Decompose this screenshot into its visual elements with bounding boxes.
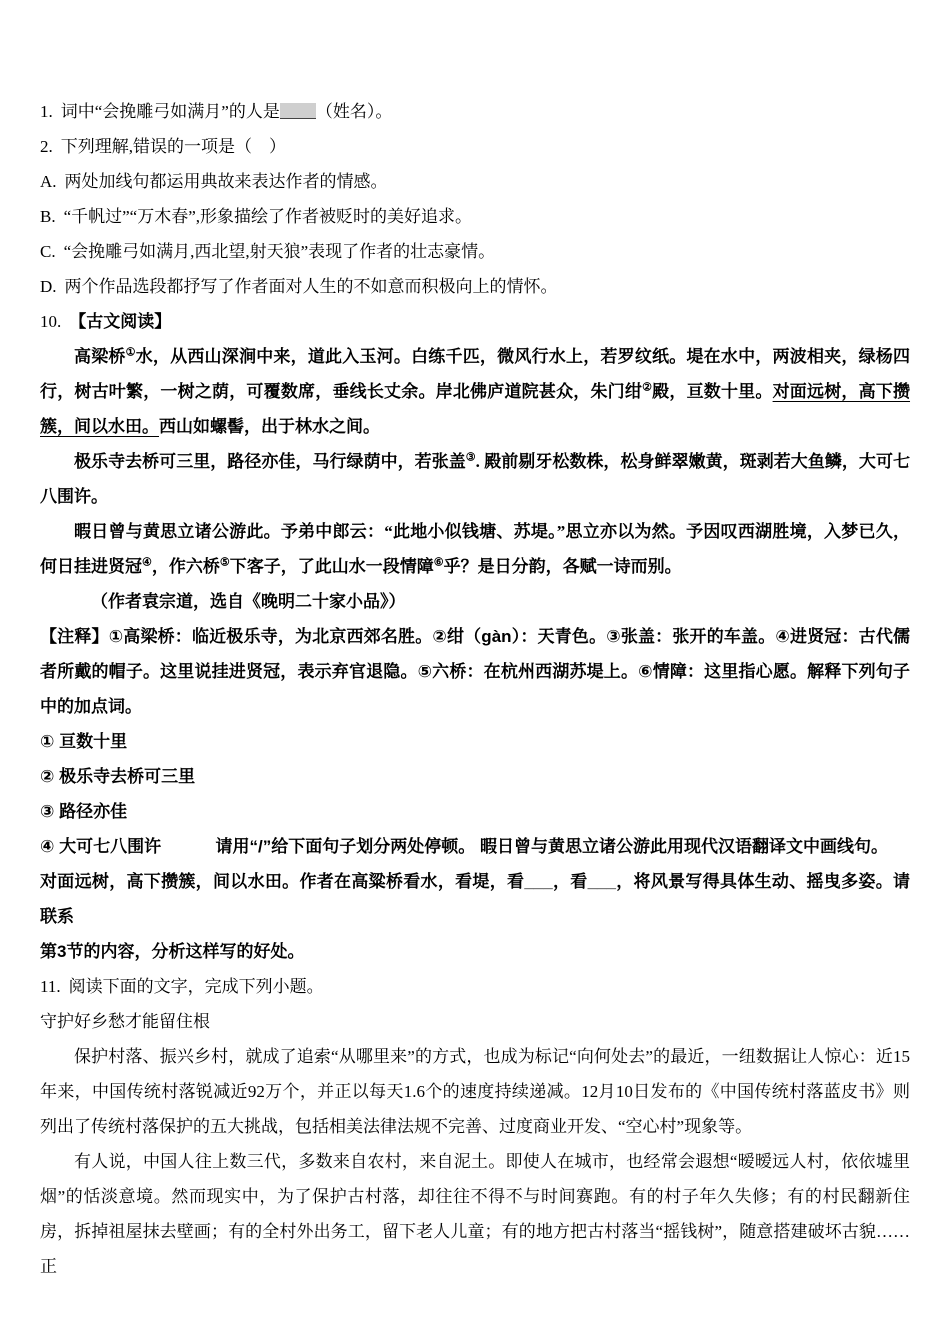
option-d: D.两个作品选段都抒写了作者面对人生的不如意而积极向上的情怀。	[40, 269, 910, 304]
option-d-label: D.	[40, 277, 57, 296]
passage-paragraph-2: 极乐寺去桥可三里，路径亦佳，马行绿荫中，若张盖③. 殿前剔牙松数株，松身鲜翠嫩黄…	[40, 444, 910, 514]
passage-text: 西山如螺髻，出于林水之间。	[159, 417, 380, 436]
essay-paragraph-1: 保护村落、振兴乡村，就成了追索“从哪里来”的方式，也成为标记“向何处去”的最近，…	[40, 1039, 910, 1144]
question-1: 1.词中“会挽雕弓如满月”的人是（姓名）。	[40, 94, 910, 129]
option-c-text: “会挽雕弓如满月,西北望,射天狼”表现了作者的壮志豪情。	[64, 242, 496, 261]
translation-analysis-instruction-line-1: 对面远树，高下攒簇，间以水田。作者在高粱桥看水，看堤，看___，看___，将风景…	[40, 864, 910, 934]
question-2-text: 下列理解,错误的一项是（ ）	[61, 137, 286, 156]
option-a: A.两处加线句都运用典故来表达作者的情感。	[40, 164, 910, 199]
footnote-marker-5: ⑤	[220, 556, 230, 568]
exam-document-page: 1.词中“会挽雕弓如满月”的人是（姓名）。 2.下列理解,错误的一项是（ ） A…	[0, 0, 950, 1344]
question-10-number: 10.	[40, 312, 61, 331]
footnotes-block: 【注释】①高梁桥：临近极乐寺，为北京西郊名胜。②绀（gàn）：天青色。③张盖：张…	[40, 619, 910, 724]
pause-division-instruction: 请用“/”给下面句子划分两处停顿。 暇日曾与黄思立诸公游此用现代汉语翻译文中画线…	[216, 837, 888, 856]
question-1-blank-field	[280, 103, 316, 119]
question-11-text: 阅读下面的文字，完成下列小题。	[69, 977, 324, 996]
footnote-marker-4: ④	[142, 556, 152, 568]
subquestion-word-2: ② 极乐寺去桥可三里	[40, 759, 910, 794]
option-a-text: 两处加线句都运用典故来表达作者的情感。	[65, 172, 388, 191]
option-b-text: “千帆过”“万木春”,形象描绘了作者被贬时的美好追求。	[64, 207, 472, 226]
footnote-marker-6: ⑥	[434, 556, 444, 568]
translation-analysis-instruction-line-2: 第3节的内容，分析这样写的好处。	[40, 934, 910, 969]
passage-text: 殿，亘数十里。	[652, 382, 772, 401]
passage-paragraph-3: 暇日曾与黄思立诸公游此。予弟中郎云：“此地小似钱塘、苏堤。”思立亦以为然。予因叹…	[40, 514, 910, 584]
option-d-text: 两个作品选段都抒写了作者面对人生的不如意而积极向上的情怀。	[65, 277, 558, 296]
passage-text: ，作六桥	[152, 557, 220, 576]
option-a-label: A.	[40, 172, 57, 191]
subquestion-word-3: ③ 路径亦佳	[40, 794, 910, 829]
option-b-label: B.	[40, 207, 56, 226]
footnote-marker-2: ②	[642, 381, 652, 393]
question-10-heading: 10.【古文阅读】	[40, 304, 910, 339]
question-2: 2.下列理解,错误的一项是（ ）	[40, 129, 910, 164]
essay-paragraph-2: 有人说，中国人往上数三代，多数来自农村，来自泥土。即使人在城市，也经常会遐想“暧…	[40, 1144, 910, 1284]
option-b: B.“千帆过”“万木春”,形象描绘了作者被贬时的美好追求。	[40, 199, 910, 234]
question-1-number: 1.	[40, 102, 53, 121]
essay-title: 守护好乡愁才能留住根	[40, 1004, 910, 1039]
subquestion-word-4: ④ 大可七八围许	[40, 837, 161, 856]
passage-paragraph-1: 高梁桥①水，从西山深涧中来，道此入玉河。白练千匹，微风行水上，若罗纹纸。堤在水中…	[40, 339, 910, 444]
question-2-number: 2.	[40, 137, 53, 156]
subquestion-word-4-and-instruction: ④ 大可七八围许请用“/”给下面句子划分两处停顿。 暇日曾与黄思立诸公游此用现代…	[40, 829, 910, 864]
question-11: 11.阅读下面的文字，完成下列小题。	[40, 969, 910, 1004]
option-c-label: C.	[40, 242, 56, 261]
passage-text: 极乐寺去桥可三里，路径亦佳，马行绿荫中，若张盖	[74, 452, 466, 471]
option-c: C.“会挽雕弓如满月,西北望,射天狼”表现了作者的壮志豪情。	[40, 234, 910, 269]
question-1-suffix: （姓名）。	[316, 102, 393, 121]
footnote-marker-3: ③	[466, 451, 476, 463]
question-1-text: 词中“会挽雕弓如满月”的人是	[61, 102, 280, 121]
passage-text: 下客子，了此山水一段情障	[230, 557, 434, 576]
passage-text: 高梁桥	[74, 347, 126, 366]
subquestion-word-1: ① 亘数十里	[40, 724, 910, 759]
passage-text: 乎？是日分韵，各赋一诗而别。	[444, 557, 682, 576]
question-10-title: 【古文阅读】	[69, 312, 171, 331]
footnote-marker-1: ①	[126, 346, 136, 358]
question-11-number: 11.	[40, 977, 61, 996]
passage-attribution: （作者袁宗道，选自《晚明二十家小品》）	[40, 584, 910, 619]
